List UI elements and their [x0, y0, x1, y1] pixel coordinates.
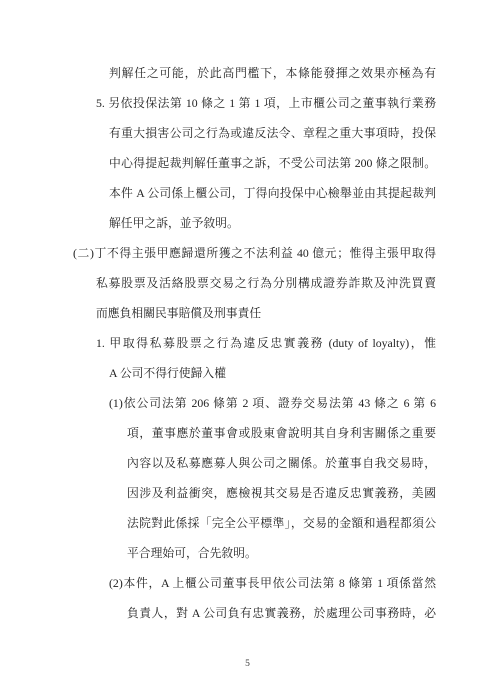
text-line: 1. 甲取得私募股票之行為違反忠實義務 (duty of loyalty)，惟: [96, 328, 436, 358]
text-line: 平合理始可，合先敘明。: [127, 538, 436, 568]
text-line: (1)依公司法第 206 條第 2 項、證券交易法第 43 條之 6 第 6: [109, 388, 436, 418]
text-line: 解任甲之訴，並予敘明。: [109, 208, 436, 238]
text-line: A 公司不得行使歸入權: [109, 358, 436, 388]
text-line: 負責人，對 A 公司負有忠實義務，於處理公司事務時，必: [127, 598, 436, 628]
text-line: 本件 A 公司係上櫃公司，丁得向投保中心檢舉並由其提起裁判: [109, 178, 436, 208]
text-line: 有重大損害公司之行為或違反法令、章程之重大事項時，投保: [109, 118, 436, 148]
text-line: 因涉及利益衝突，應檢視其交易是否違反忠實義務，美國: [127, 478, 436, 508]
text-line: 法院對此係採「完全公平標準」，交易的金額和過程都須公: [127, 508, 436, 538]
text-line: 私募股票及活絡股票交易之行為分別構成證券詐欺及沖洗買賣: [96, 268, 436, 298]
document-page: 判解任之可能，於此高門檻下，本條能發揮之效果亦極為有限。 5. 另依投保法第 1…: [0, 0, 495, 700]
text-line: 5. 另依投保法第 10 條之 1 第 1 項，上市櫃公司之董事執行業務: [96, 88, 436, 118]
text-line: 中心得提起裁判解任董事之訴，不受公司法第 200 條之限制。: [109, 148, 436, 178]
document-body: 判解任之可能，於此高門檻下，本條能發揮之效果亦極為有限。 5. 另依投保法第 1…: [0, 58, 495, 628]
text-line: 內容以及私募應募人與公司之關係。於董事自我交易時，: [127, 448, 436, 478]
text-line: (2)本件，A 上櫃公司董事長甲依公司法第 8 條第 1 項係當然: [109, 568, 436, 598]
text-line: 項，董事應於董事會或股東會說明其自身利害關係之重要: [127, 418, 436, 448]
page-number: 5: [0, 659, 495, 669]
text-line: (二)丁不得主張甲應歸還所獲之不法利益 40 億元；惟得主張甲取得: [73, 238, 436, 268]
text-line: 而應負相關民事賠償及刑事責任: [96, 298, 436, 328]
text-line: 判解任之可能，於此高門檻下，本條能發揮之效果亦極為有限。: [109, 58, 436, 88]
